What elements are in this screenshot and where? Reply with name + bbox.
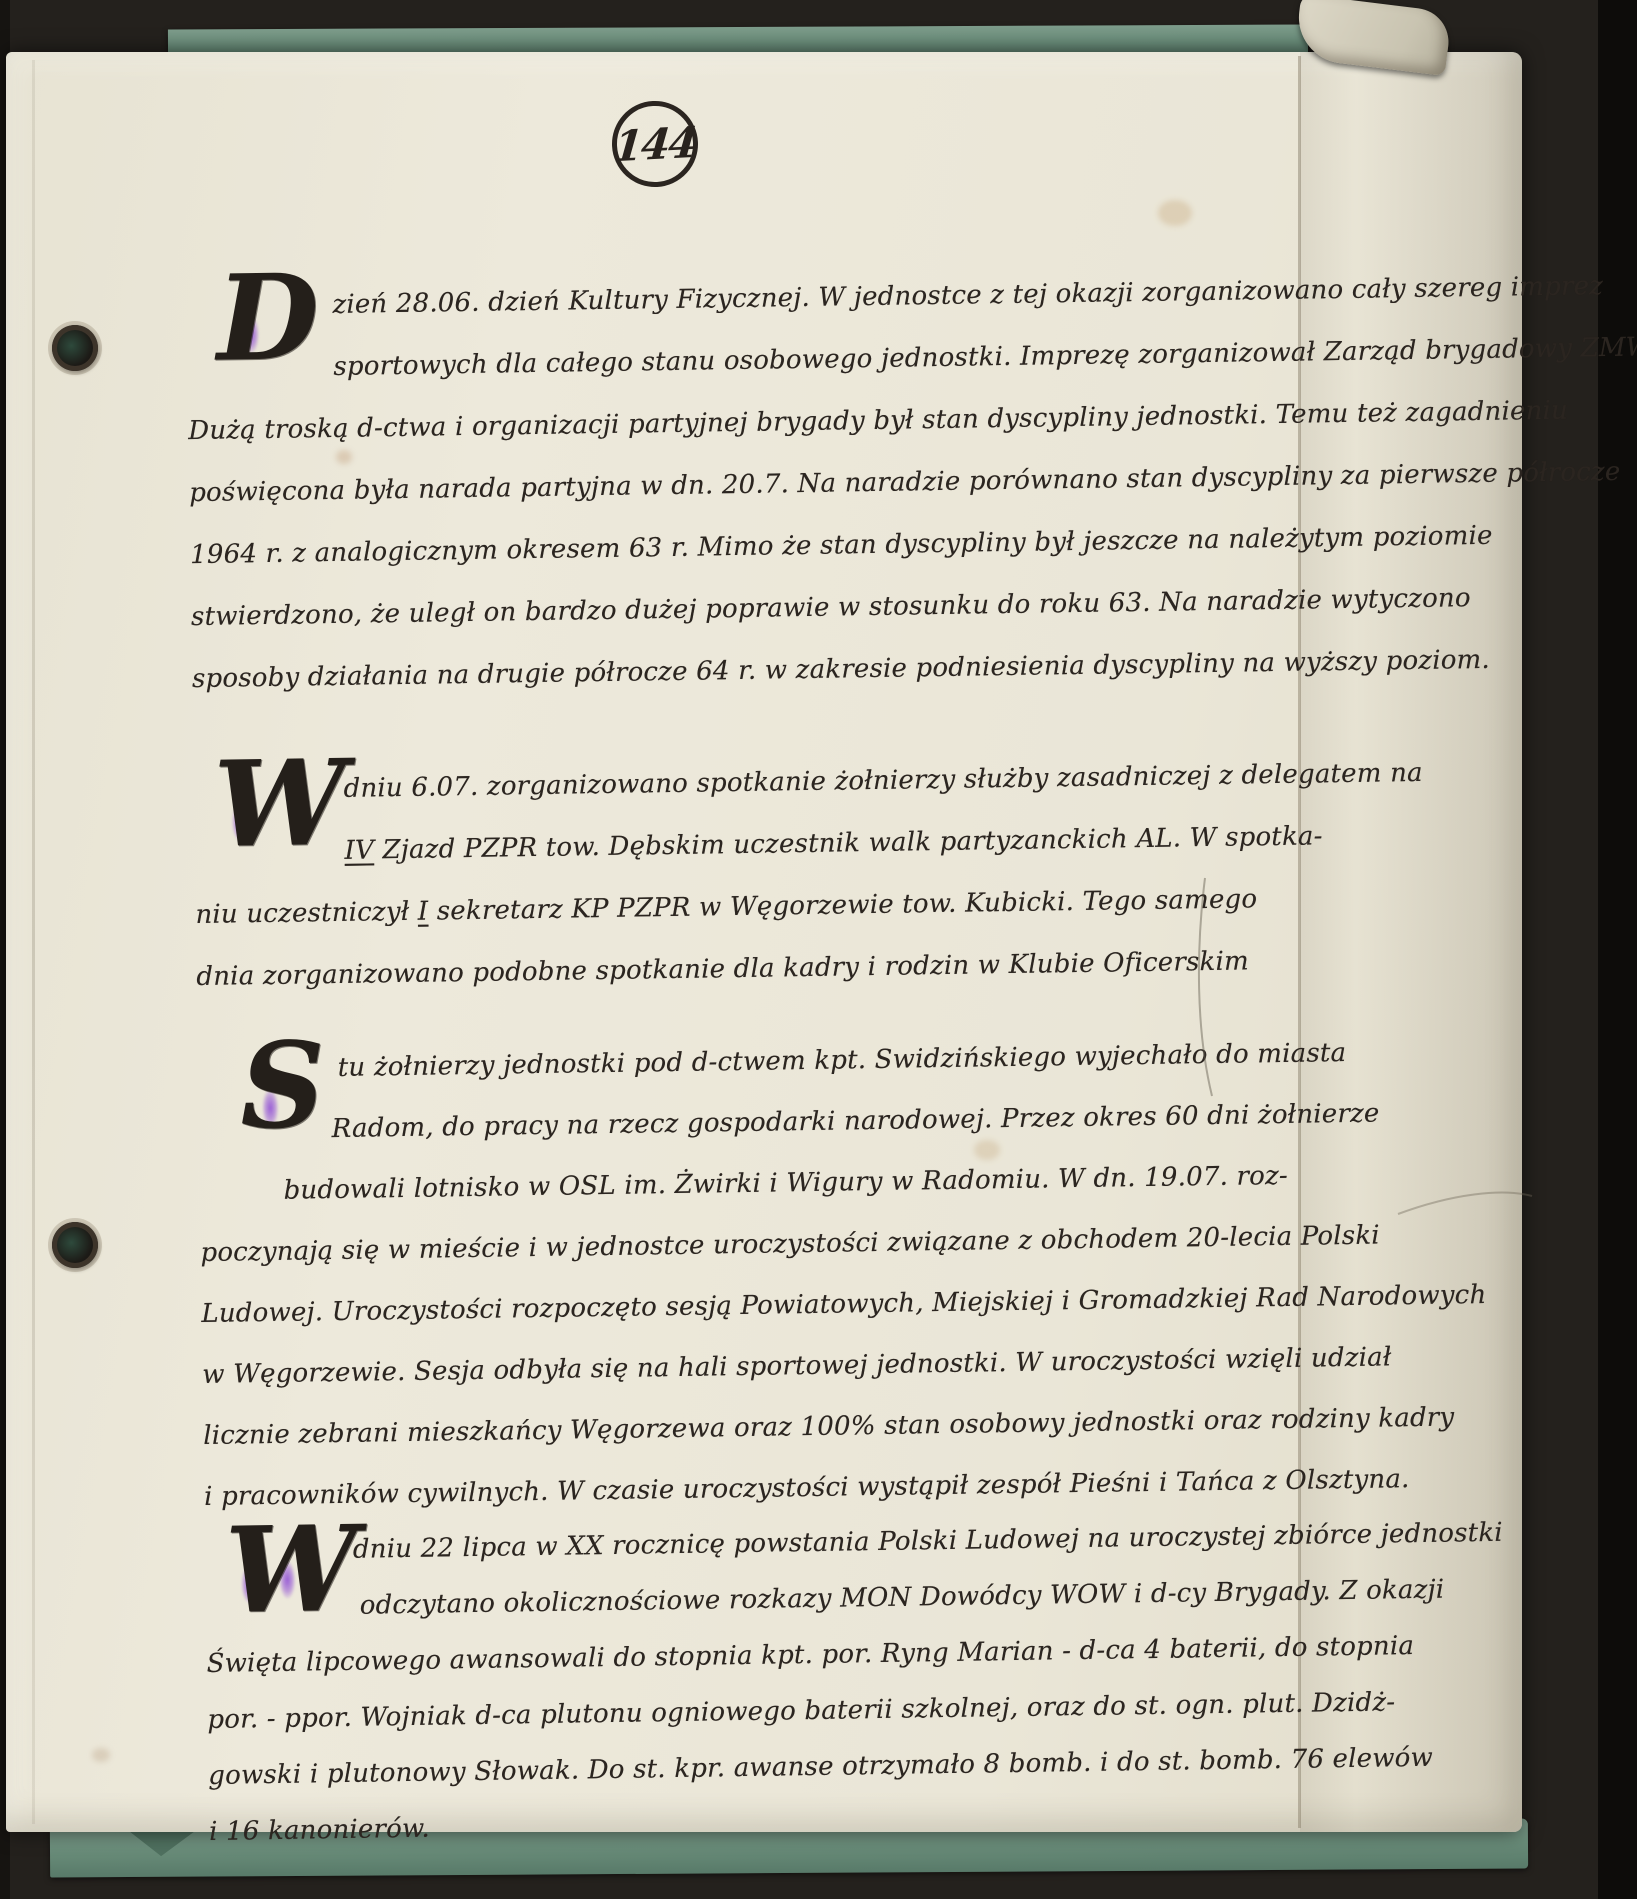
handwriting-layer: D zień 28.06. dzień Kultury Fizycznej. W… (0, 0, 1637, 1899)
scanned-chronicle-page: { "page": { "number": "144", "colors": {… (0, 0, 1637, 1899)
paragraph-4: W dniu 22 lipca w XX rocznicę powstania … (205, 1506, 1435, 1860)
dropcap-D: D (216, 258, 320, 378)
underlined-numeral: I (418, 897, 429, 927)
paragraph-3: S tu żołnierzy jednostki pod d-ctwem kpt… (197, 1022, 1429, 1528)
underlined-numeral: IV (344, 835, 374, 865)
dropcap-W2: W (224, 1510, 358, 1630)
paragraph-1: D zień 28.06. dzień Kultury Fizycznej. W… (186, 258, 1417, 710)
paragraph-2: W dniu 6.07. zorganizowano spotkanie żoł… (193, 742, 1422, 1008)
dropcap-S: S (239, 1026, 326, 1145)
dropcap-W: W (213, 744, 347, 864)
